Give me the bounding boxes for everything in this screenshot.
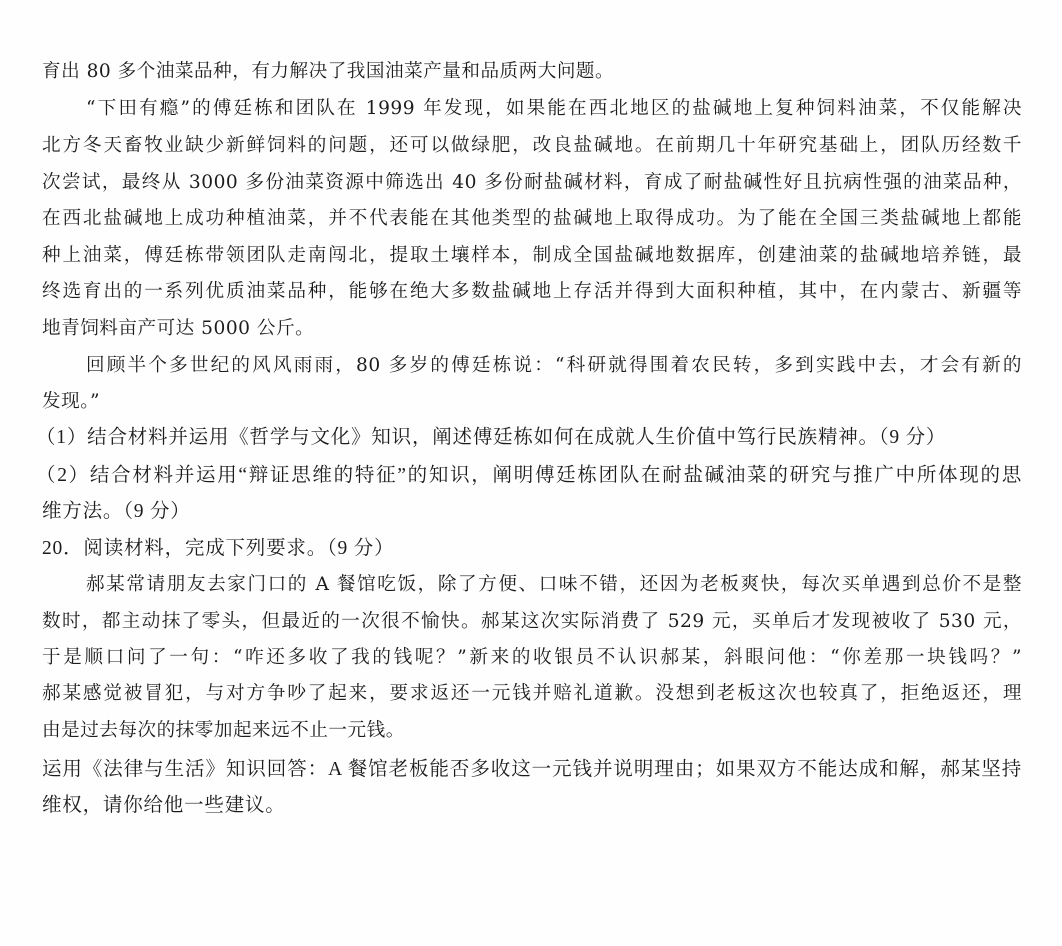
- question-20-heading: 20．阅读材料，完成下列要求。（9 分）: [42, 531, 1022, 567]
- paragraph-line: 在西北盐碱地上成功种植油菜，并不代表能在其他类型的盐碱地上取得成功。为了能在全国…: [42, 201, 1022, 237]
- material-line: 由是过去每次的抹零加起来远不止一元钱。: [42, 713, 1022, 749]
- paragraph-line: 种上油菜，傅廷栋带领团队走南闯北，提取土壤样本，制成全国盐碱地数据库，创建油菜的…: [42, 238, 1022, 274]
- exam-page: 育出 80 多个油菜品种，有力解决了我国油菜产量和品质两大问题。 “下田有瘾”的…: [0, 0, 1062, 946]
- paragraph-line: 地青饲料亩产可达 5000 公斤。: [42, 311, 1022, 347]
- paragraph-line: 回顾半个多世纪的风风雨雨，80 多岁的傅廷栋说：“科研就得围着农民转，多到实践中…: [86, 348, 1022, 384]
- question-20-prompt: 运用《法律与生活》知识回答：A 餐馆老板能否多收这一元钱并说明理由；如果双方不能…: [42, 752, 1022, 788]
- question-20-prompt-cont: 维权，请你给他一些建议。: [42, 788, 1022, 824]
- paragraph-line: 终选育出的一系列优质油菜品种，能够在绝大多数盐碱地上存活并得到大面积种植，其中，…: [42, 274, 1022, 310]
- material-line: 郝某感觉被冒犯，与对方争吵了起来，要求返还一元钱并赔礼道歉。没想到老板这次也较真…: [42, 676, 1022, 712]
- paragraph-line: “下田有瘾”的傅廷栋和团队在 1999 年发现，如果能在西北地区的盐碱地上复种饲…: [86, 91, 1022, 127]
- sub-question-2-cont: 维方法。（9 分）: [42, 494, 1022, 530]
- paragraph-line: 北方冬天畜牧业缺少新鲜饲料的问题，还可以做绿肥，改良盐碱地。在前期几十年研究基础…: [42, 128, 1022, 164]
- material-line: 数时，都主动抹了零头，但最近的一次很不愉快。郝某这次实际消费了 529 元，买单…: [42, 604, 1022, 640]
- sub-question-2: （2）结合材料并运用“辩证思维的特征”的知识，阐明傅廷栋团队在耐盐碱油菜的研究与…: [36, 458, 1022, 494]
- material-line: 郝某常请朋友去家门口的 A 餐馆吃饭，除了方便、口味不错，还因为老板爽快，每次买…: [86, 567, 1022, 603]
- sub-question-1: （1）结合材料并运用《哲学与文化》知识，阐述傅廷栋如何在成就人生价值中笃行民族精…: [36, 420, 1022, 456]
- paragraph-line: 发现。”: [42, 384, 1022, 420]
- paragraph-line: 次尝试，最终从 3000 多份油菜资源中筛选出 40 多份耐盐碱材料，育成了耐盐…: [42, 165, 1022, 201]
- paragraph-line: 育出 80 多个油菜品种，有力解决了我国油菜产量和品质两大问题。: [42, 54, 1022, 90]
- material-line: 于是顺口问了一句：“咋还多收了我的钱呢？”新来的收银员不认识郝某，斜眼问他：“你…: [42, 640, 1022, 676]
